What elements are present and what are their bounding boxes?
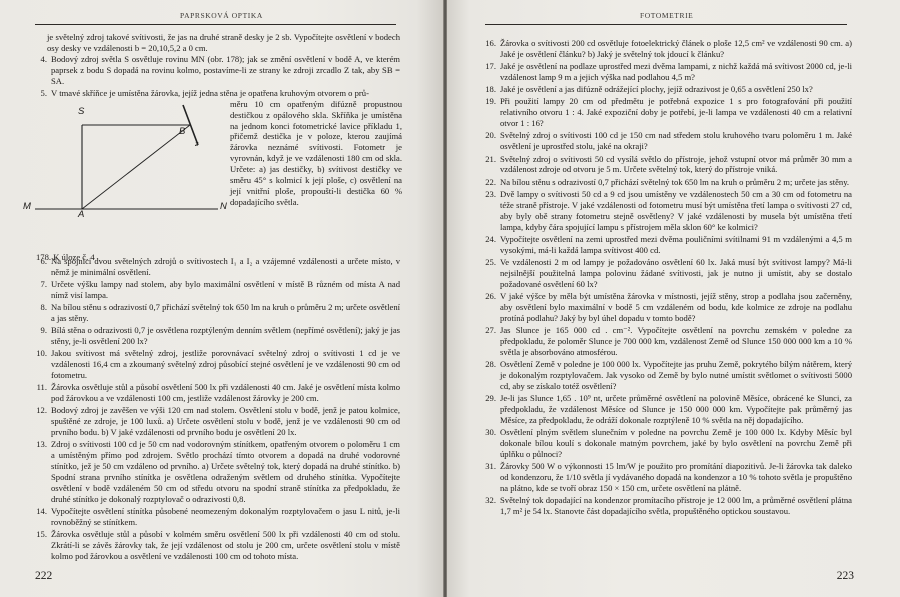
problem-27: 27. Jas Slunce je 165 000 cd . cm⁻². Vyp… — [483, 325, 852, 358]
problem-15: 15. Žárovka osvětluje stůl a působí v ko… — [34, 529, 400, 562]
figure-row: S B z M A N 178. K úloze č. 4 měru 10 cm… — [34, 99, 400, 256]
problem-6: 6. Na spojnici dvou světelných zdrojů o … — [34, 256, 400, 278]
problem-20: 20. Světelný zdroj o svítivosti 100 cd j… — [483, 130, 852, 152]
running-head-left: Paprsková optika — [180, 11, 263, 20]
problem-17: 17. Jaké je osvětlení na podlaze uprostř… — [483, 61, 852, 83]
page-number-right: 223 — [837, 570, 854, 582]
problem-31: 31. Žárovky 500 W o výkonnosti 15 lm/W j… — [483, 461, 852, 494]
problem-28: 28. Osvětlení Země v poledne je 100 000 … — [483, 359, 852, 392]
left-text-block: je světelný zdroj takové svítivosti, že … — [34, 32, 400, 563]
problem-23: 23. Dvě lampy o svítivosti 50 cd a 9 cd … — [483, 189, 852, 233]
problem-21: 21. Světelný zdroj o svítivosti 50 cd vy… — [483, 154, 852, 176]
label-s: S — [78, 107, 84, 118]
problem-11: 11. Žárovka osvětluje stůl a působí osvě… — [34, 382, 400, 404]
label-b: B — [179, 127, 185, 138]
right-text-block: 16. Žárovka o svítivosti 200 cd osvětluj… — [483, 38, 852, 518]
problem-26: 26. V jaké výšce by měla být umístěna žá… — [483, 291, 852, 324]
problem-13: 13. Zdroj o svítivosti 100 cd je 50 cm n… — [34, 439, 400, 504]
problem-10: 10. Jakou svítivost má světelný zdroj, j… — [34, 348, 400, 381]
problem-22: 22. Na bílou stěnu s odrazivostí 0,7 při… — [483, 177, 852, 188]
header-rule — [35, 24, 396, 25]
problem-25: 25. Ve vzdálenosti 2 m od lampy je požad… — [483, 257, 852, 290]
problem-18: 18. Jaké je osvětlení a jas difúzně odrá… — [483, 84, 852, 95]
problem-29: 29. Je-li jas Slunce 1,65 . 10⁹ nt, urče… — [483, 393, 852, 426]
problem-30: 30. Osvětlení plným světlem slunečním v … — [483, 427, 852, 460]
right-page: Fotometrie 16. Žárovka o svítivosti 200 … — [447, 0, 900, 597]
problem-8: 8. Na bílou stěnu s odrazivostí 0,7 přic… — [34, 302, 400, 324]
problem-19: 19. Při použití lampy 20 cm od předmětu … — [483, 96, 852, 129]
label-n: N — [220, 202, 227, 213]
problem-12: 12. Bodový zdroj je zavěšen ve výši 120 … — [34, 405, 400, 438]
figure-178: S B z M A N — [20, 103, 238, 253]
geometry-diagram — [20, 103, 238, 253]
book-spread: Paprsková optika je světelný zdroj takov… — [0, 0, 900, 597]
label-m: M — [23, 202, 31, 213]
problem-4: 4. Bodový zdroj světla S osvětluje rovin… — [34, 54, 400, 87]
left-page: Paprsková optika je světelný zdroj takov… — [0, 0, 443, 597]
label-a: A — [78, 210, 84, 221]
label-z: z — [195, 140, 199, 151]
problem-7: 7. Určete výšku lampy nad stolem, aby by… — [34, 279, 400, 301]
page-number-left: 222 — [35, 570, 52, 582]
problem-16: 16. Žárovka o svítivosti 200 cd osvětluj… — [483, 38, 852, 60]
problem-24: 24. Vypočítejte osvětlení na zemi uprost… — [483, 234, 852, 256]
problem-32: 32. Světelný tok dopadající na kondenzor… — [483, 495, 852, 517]
problem-5: 5. V tmavé skříňce je umístěna žárovka, … — [34, 88, 400, 99]
problem-14: 14. Vypočítejte osvětlení stínítka působ… — [34, 506, 400, 528]
header-rule — [485, 24, 847, 25]
continued-paragraph: je světelný zdroj takové svítivosti, že … — [34, 32, 400, 54]
problem-5-wrapped-text: měru 10 cm opatřeným difúzně propustnou … — [230, 99, 402, 208]
problem-9: 9. Bílá stěna o odrazivosti 0,7 je osvět… — [34, 325, 400, 347]
running-head-right: Fotometrie — [640, 11, 693, 20]
